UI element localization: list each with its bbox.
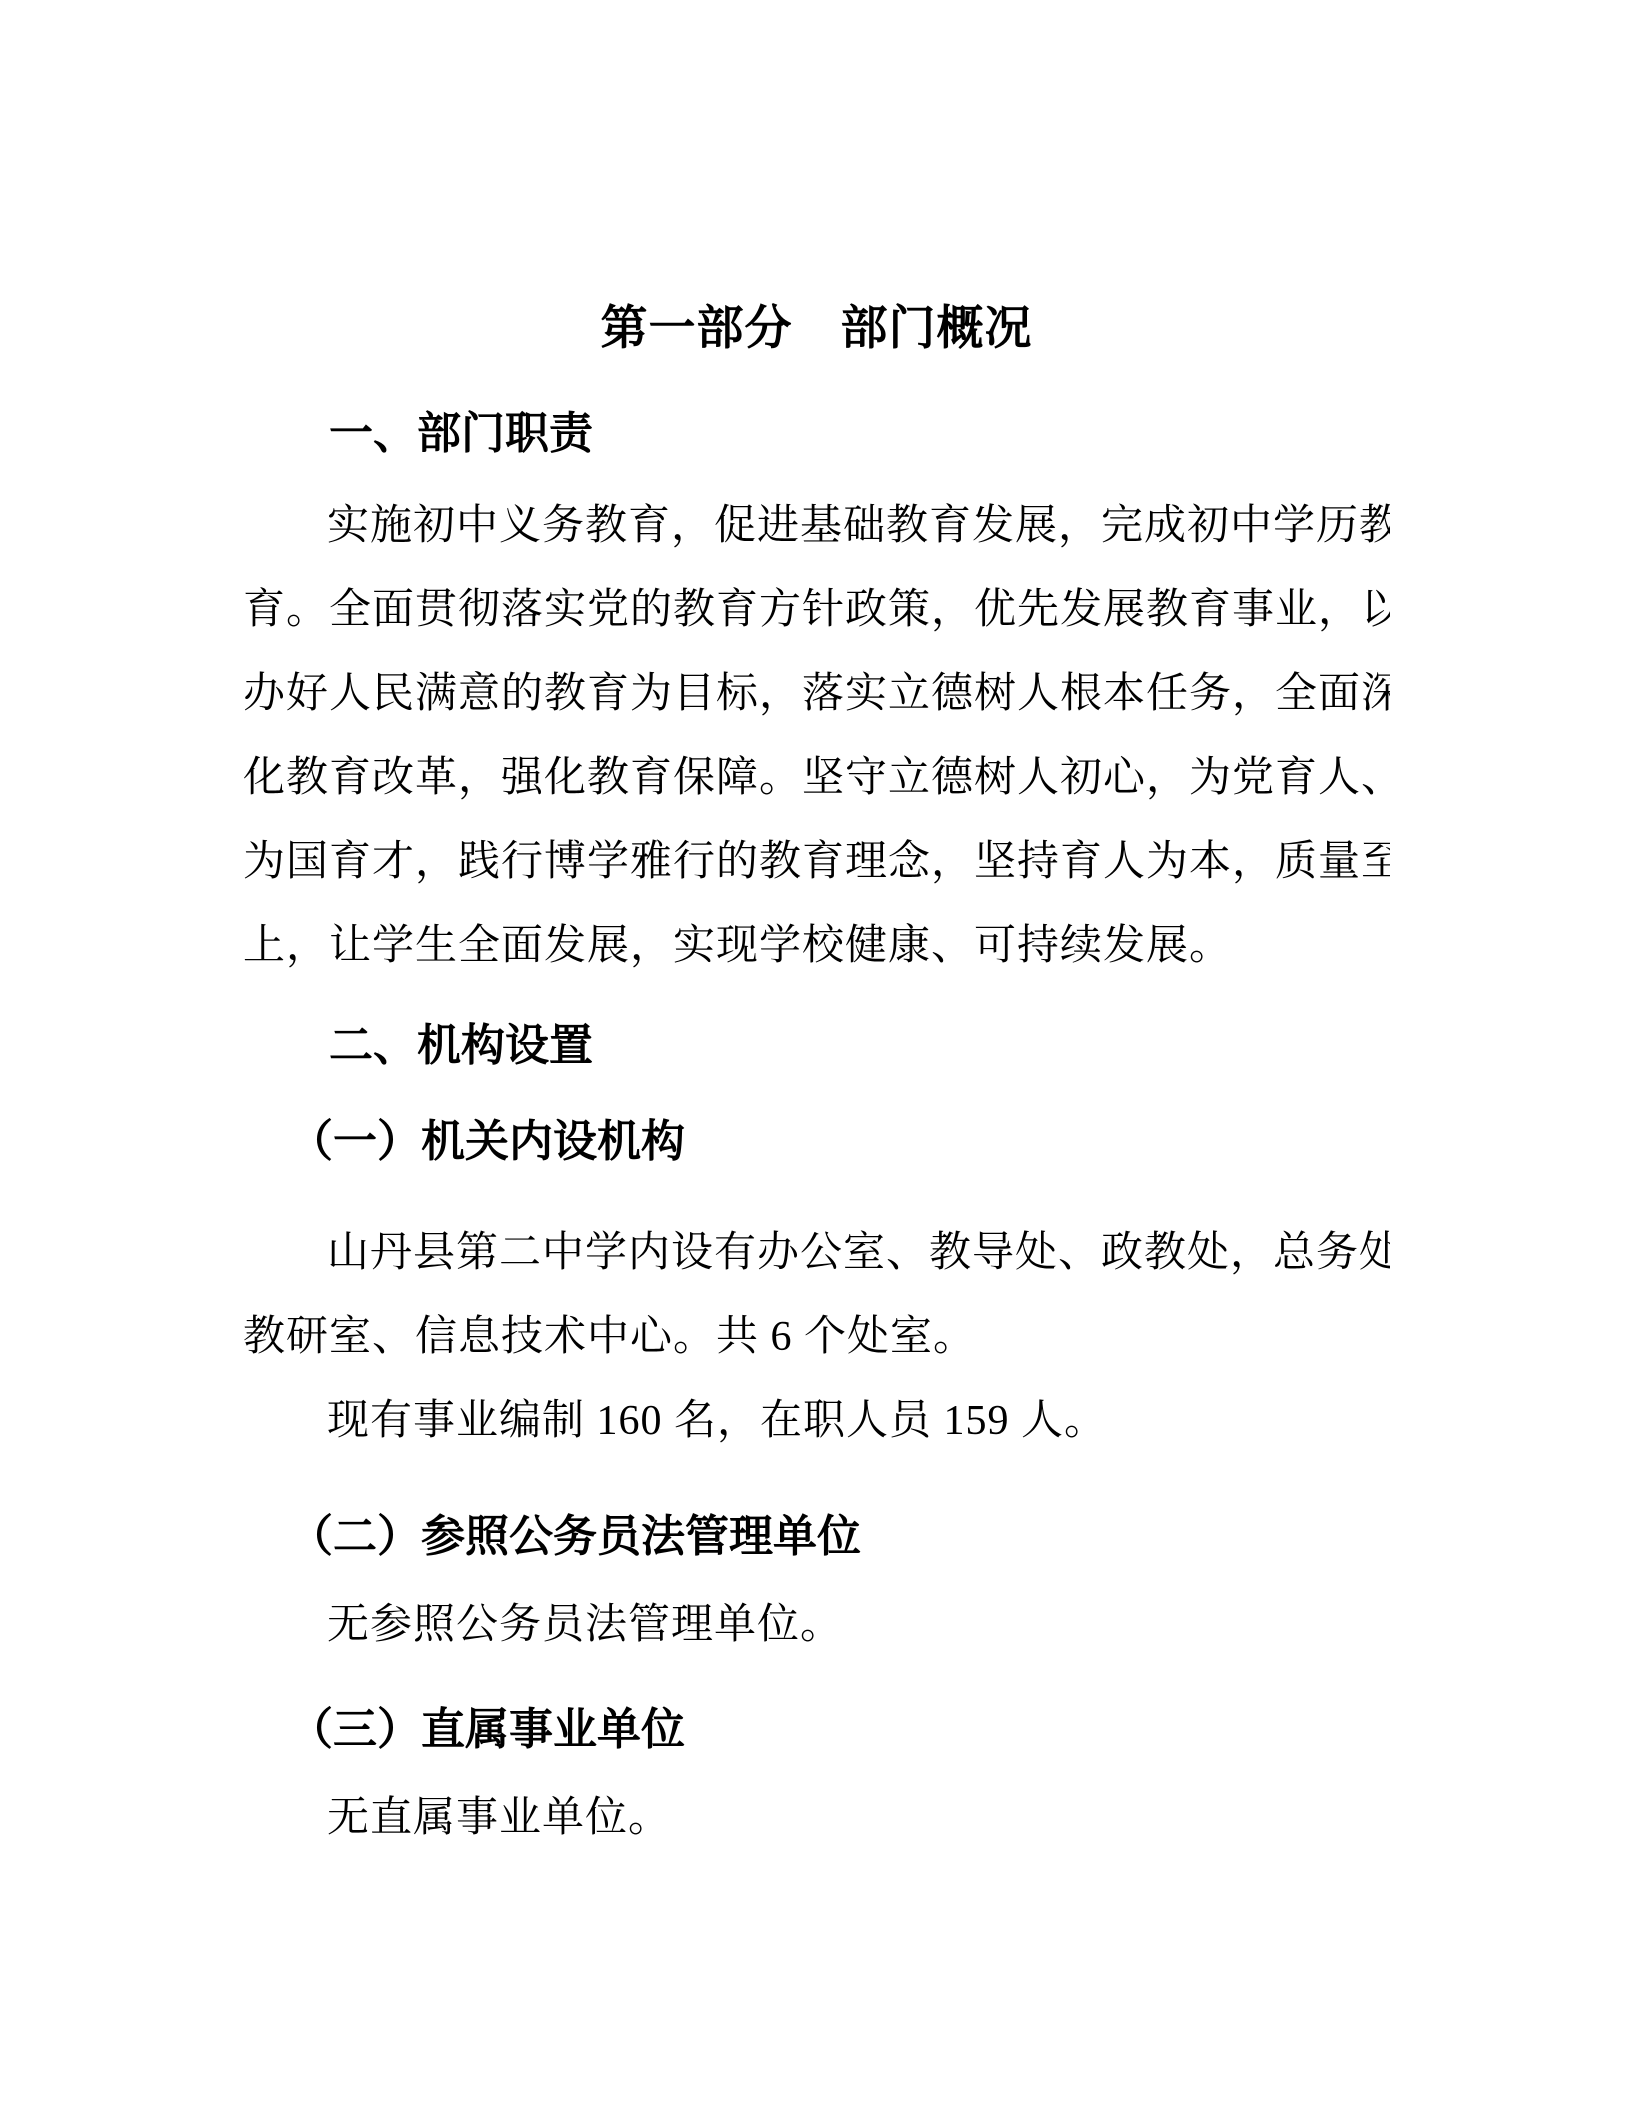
paragraph-duty-line: 育。全面贯彻落实党的教育方针政策，优先发展教育事业，以 — [243, 568, 1390, 652]
paragraph-duty-line: 实施初中义务教育，促进基础教育发展，完成初中学历教 — [243, 484, 1390, 568]
paragraph-affiliated-line: 无直属事业单位。 — [243, 1776, 1390, 1860]
paragraph-internal-org-line: 山丹县第二中学内设有办公室、教导处、政教处，总务处、 — [243, 1211, 1390, 1295]
paragraph-duty-line: 为国育才，践行博学雅行的教育理念，坚持育人为本，质量至 — [243, 820, 1390, 904]
paragraph-affiliated: 无直属事业单位。 — [243, 1776, 1390, 1860]
document-title: 第一部分 部门概况 — [243, 303, 1390, 355]
paragraph-duty-line: 上，让学生全面发展，实现学校健康、可持续发展。 — [243, 904, 1390, 988]
subsection-heading-civil-service: （二）参照公务员法管理单位 — [243, 1513, 1436, 1561]
section-heading-org: 二、机构设置 — [243, 1022, 1476, 1070]
paragraph-internal-org: 山丹县第二中学内设有办公室、教导处、政教处，总务处、 教研室、信息技术中心。共 … — [243, 1211, 1390, 1379]
paragraph-staffing-line: 现有事业编制 160 名，在职人员 159 人。 — [243, 1379, 1390, 1463]
paragraph-duty-line: 办好人民满意的教育为目标，落实立德树人根本任务，全面深 — [243, 652, 1390, 736]
subsection-heading-internal-org: （一）机关内设机构 — [243, 1118, 1436, 1166]
document-page: 第一部分 部门概况 一、部门职责 实施初中义务教育，促进基础教育发展，完成初中学… — [0, 0, 1632, 2112]
paragraph-staffing: 现有事业编制 160 名，在职人员 159 人。 — [243, 1379, 1390, 1463]
section-heading-duty: 一、部门职责 — [243, 410, 1476, 458]
paragraph-internal-org-line: 教研室、信息技术中心。共 6 个处室。 — [243, 1295, 1390, 1379]
paragraph-civil-service-line: 无参照公务员法管理单位。 — [243, 1583, 1390, 1667]
paragraph-duty: 实施初中义务教育，促进基础教育发展，完成初中学历教 育。全面贯彻落实党的教育方针… — [243, 484, 1390, 988]
paragraph-duty-line: 化教育改革，强化教育保障。坚守立德树人初心，为党育人、 — [243, 736, 1390, 820]
subsection-heading-affiliated: （三）直属事业单位 — [243, 1706, 1436, 1754]
paragraph-civil-service: 无参照公务员法管理单位。 — [243, 1583, 1390, 1667]
